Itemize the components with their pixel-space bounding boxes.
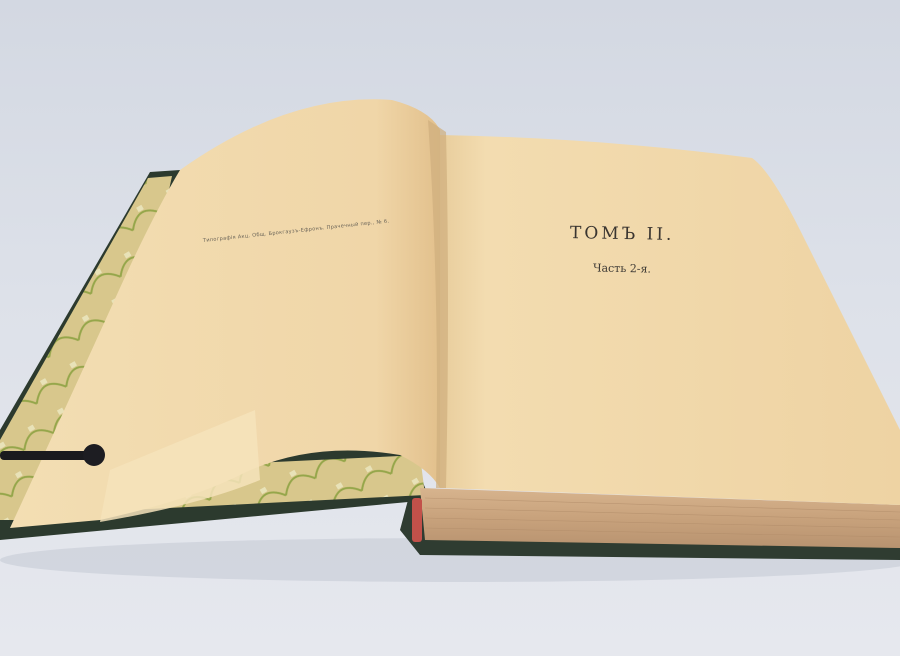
book-photo: ТОМЪ II. Часть 2-я. Типографія Акц. Общ.… [0,0,900,656]
volume-title: ТОМЪ II. [570,223,675,245]
open-book-illustration [0,0,900,656]
part-subtitle: Часть 2-я. [593,261,651,275]
